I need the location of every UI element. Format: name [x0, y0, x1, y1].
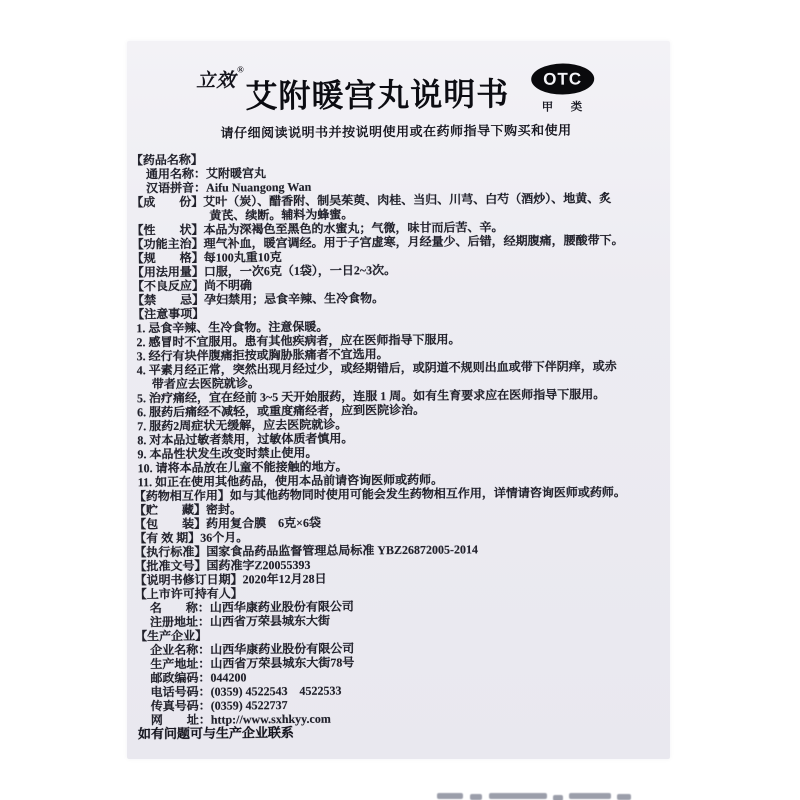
page-title: 艾附暖宫丸说明书 [245, 69, 509, 117]
leaflet-content: 立效® 艾附暖宫丸说明书 OTC 甲 类 请仔细阅读说明书并按说明使用或在药师指… [124, 39, 673, 762]
otc-badge-label: OTC [543, 69, 582, 89]
leaflet-line: 如有问题可与生产企业联系 [136, 723, 668, 742]
usage-notice: 请仔细阅读说明书并按说明使用或在药师指导下购买和使用 [125, 119, 668, 143]
leaflet-body: 【药品名称】通用名称：艾附暖宫丸汉语拼音：Aifu Nuangong Wan【成… [131, 149, 668, 742]
otc-badge: OTC [531, 63, 594, 95]
otc-category-label: 甲 类 [528, 98, 598, 115]
leaflet-paper: 立效® 艾附暖宫丸说明书 OTC 甲 类 请仔细阅读说明书并按说明使用或在药师指… [127, 41, 670, 759]
photo-background: 立效® 艾附暖宫丸说明书 OTC 甲 类 请仔细阅读说明书并按说明使用或在药师指… [0, 0, 800, 800]
brand-logo: 立效® [196, 64, 245, 92]
brand-name: 立效 [196, 70, 236, 91]
registered-trademark-icon: ® [237, 64, 245, 74]
